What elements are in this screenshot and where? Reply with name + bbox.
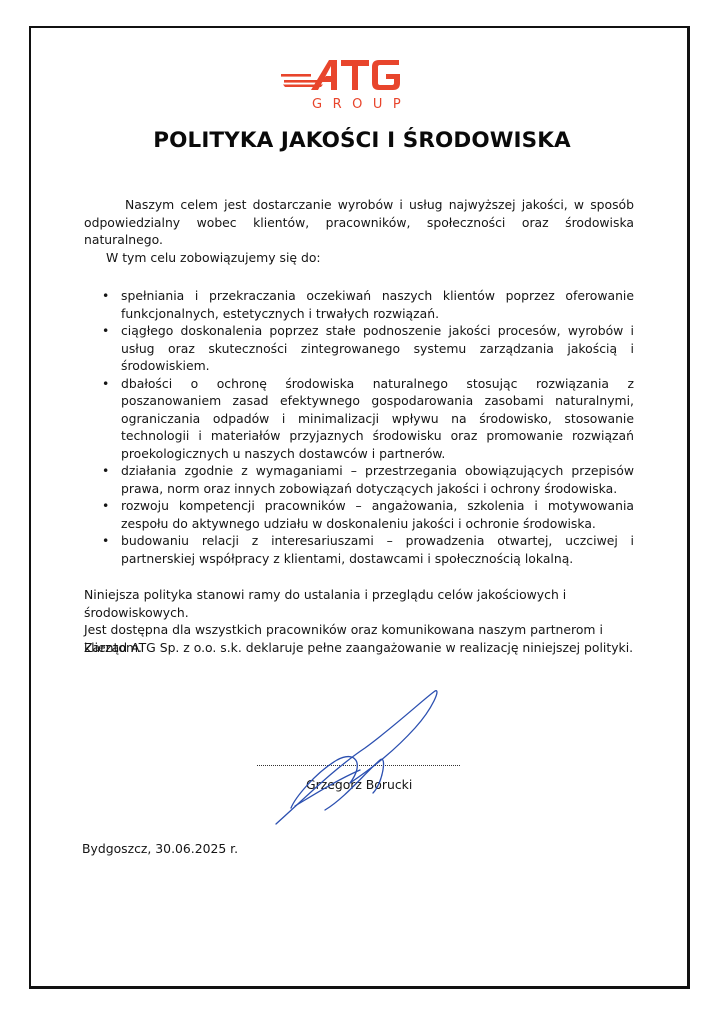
list-item: •budowaniu relacji z interesariuszami – …	[100, 532, 634, 567]
intro-paragraph: Naszym celem jest dostarczanie wyrobów i…	[84, 196, 634, 249]
atg-logo-icon: GROUP	[281, 56, 431, 112]
management-statement: Zarząd ATG Sp. z o.o. s.k. deklaruje peł…	[84, 639, 644, 657]
bullet-icon: •	[102, 497, 109, 515]
signature-line	[257, 765, 460, 766]
bullet-icon: •	[102, 375, 109, 393]
bullet-icon: •	[102, 532, 109, 550]
signatory-name: Grzegorz Borucki	[306, 776, 412, 794]
commitments-list: •spełniania i przekraczania oczekiwań na…	[100, 287, 634, 567]
list-item: •ciągłego doskonalenia poprzez stałe pod…	[100, 322, 634, 375]
bullet-icon: •	[102, 322, 109, 340]
list-item: •spełniania i przekraczania oczekiwań na…	[100, 287, 634, 322]
list-item: •dbałości o ochronę środowiska naturalne…	[100, 375, 634, 463]
commitments-lead: W tym celu zobowiązujemy się do:	[106, 249, 321, 267]
bullet-icon: •	[102, 287, 109, 305]
document-title: POLITYKA JAKOŚCI I ŚRODOWISKA	[0, 128, 724, 153]
list-item: •działania zgodnie z wymaganiami – przes…	[100, 462, 634, 497]
bullet-icon: •	[102, 462, 109, 480]
svg-text:GROUP: GROUP	[312, 97, 411, 112]
place-and-date: Bydgoszcz, 30.06.2025 r.	[82, 840, 238, 858]
atg-group-logo: GROUP	[281, 56, 431, 112]
closing-line: Niniejsza polityka stanowi ramy do ustal…	[84, 586, 644, 621]
list-item: •rozwoju kompetencji pracowników – angaż…	[100, 497, 634, 532]
